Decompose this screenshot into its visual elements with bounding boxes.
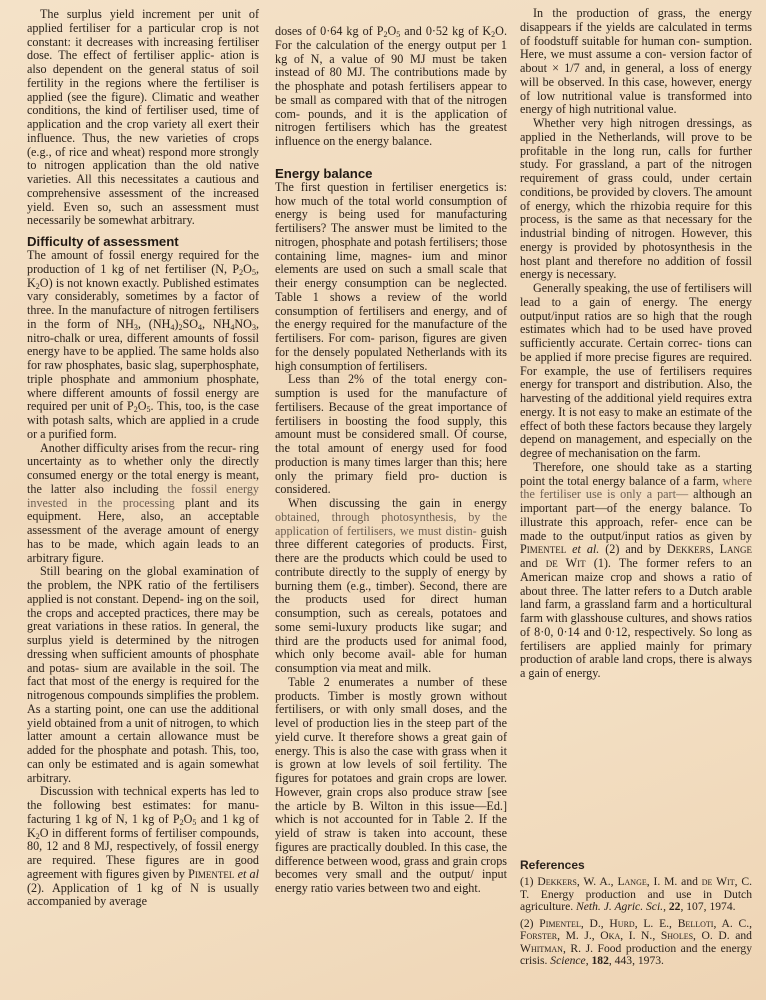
article-page: The surplus yield increment per unit of … (0, 0, 766, 1000)
paragraph: In the production of grass, the energy d… (520, 7, 752, 117)
paragraph: Still bearing on the global examination … (27, 565, 259, 785)
reference-item: (1) Dekkers, W. A., Lange, I. M. and de … (520, 876, 752, 913)
paragraph: Whether very high nitrogen dressings, as… (520, 117, 752, 282)
section-heading-energy-balance: Energy balance (275, 167, 507, 181)
paragraph: When discussing the gain in energy obtai… (275, 497, 507, 676)
author-name: Dekkers (667, 542, 711, 556)
reference-item: (2) Pimentel, D., Hurd, L. E., Belloti, … (520, 918, 752, 967)
author-name: de Wit (546, 556, 586, 570)
references-heading: References (520, 859, 752, 871)
paragraph: Less than 2% of the total energy con- su… (275, 373, 507, 497)
column-2: doses of 0·64 kg of P2O5 and 0·52 kg of … (275, 25, 507, 896)
paragraph: The surplus yield increment per unit of … (27, 8, 259, 228)
references-section: References (1) Dekkers, W. A., Lange, I.… (520, 859, 752, 972)
author-name: Pimentel (188, 867, 234, 881)
column-1: The surplus yield increment per unit of … (27, 8, 259, 909)
column-3: In the production of grass, the energy d… (520, 7, 752, 681)
paragraph: The amount of fossil energy required for… (27, 249, 259, 442)
paragraph: The first question in fertiliser energet… (275, 181, 507, 374)
paragraph: Generally speaking, the use of fertilise… (520, 282, 752, 461)
paragraph: Another difficulty arises from the recur… (27, 442, 259, 566)
author-name: Pimentel (520, 542, 566, 556)
section-heading-difficulty: Difficulty of assessment (27, 235, 259, 249)
paragraph: doses of 0·64 kg of P2O5 and 0·52 kg of … (275, 25, 507, 149)
paragraph: Discussion with technical experts has le… (27, 785, 259, 909)
paragraph: Table 2 enumerates a number of these pro… (275, 676, 507, 896)
paragraph: Therefore, one should take as a starting… (520, 461, 752, 681)
author-name: Lange (720, 542, 752, 556)
